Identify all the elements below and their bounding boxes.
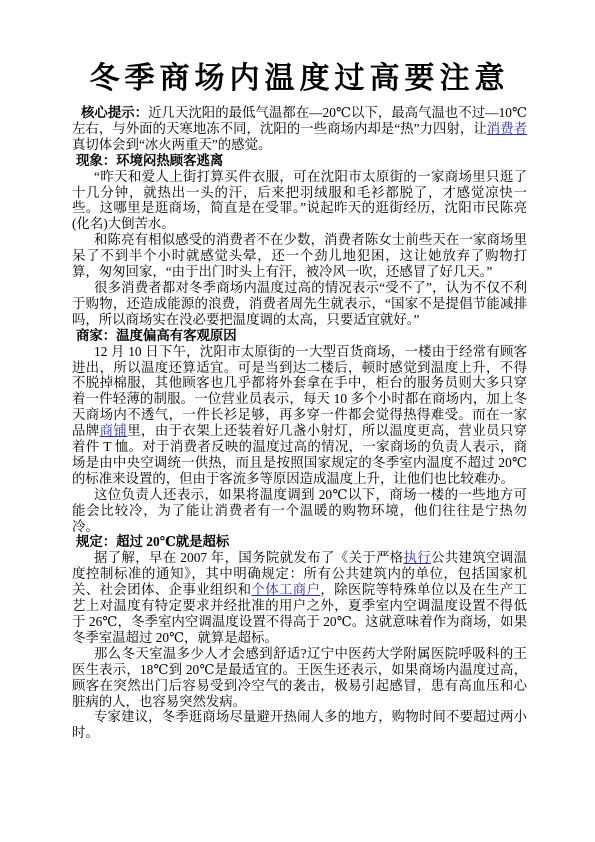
document-title: 冬季商场内温度过高要注意 xyxy=(72,60,527,98)
intro-paragraph: 核心提示：近几天沈阳的最低气温都在—20℃以下，最高气温也不过—10℃左右，与外… xyxy=(72,105,527,153)
paragraph-energy-waste: 很多消费者都对冬季商场内温度过高的情况表示“受不了”，认为不仅不利于购物，还造成… xyxy=(72,280,527,328)
consumer-link[interactable]: 消费者 xyxy=(487,121,527,136)
intro-label: 核心提示： xyxy=(81,105,148,120)
regulation-text-seg1: 据了解，早在 2007 年，国务院就发布了《关于严格 xyxy=(94,550,404,565)
individual-business-link[interactable]: 个体工商户 xyxy=(251,582,320,597)
paragraph-dizzy-shopper: 和陈亮有相似感受的消费者不在少数，消费者陈女士前些天在一家商场里呆了不到半个小时… xyxy=(72,232,527,280)
paragraph-expert-suggestion: 专家建议，冬季逛商场尽量避开热闹人多的地方，购物时间不要超过两小时。 xyxy=(72,709,527,741)
mall-visit-text-after-link: 里，由于衣架上还装着好几盏小射灯，所以温度更高，营业员只穿着件 T 恤。对于消费… xyxy=(72,423,527,486)
paragraph-regulation: 据了解，早在 2007 年，国务院就发布了《关于严格执行公共建筑空调温度控制标准… xyxy=(72,550,527,645)
intro-text-after-link: 真切体会到“冰火两重天”的感觉。 xyxy=(72,137,271,152)
section-heading-phenomenon: 现象：环境闷热顾客逃离 xyxy=(72,153,527,169)
paragraph-manager-response: 这位负责人还表示，如果将温度调到 20℃以下，商场一楼的一些地方可能会比较冷，为… xyxy=(72,487,527,535)
paragraph-mall-visit: 12 月 10 日下午，沈阳市太原街的一大型百货商场，一楼由于经常有顾客进出，所… xyxy=(72,344,527,487)
enforce-link[interactable]: 执行 xyxy=(404,550,432,565)
shop-link[interactable]: 商铺 xyxy=(100,423,128,438)
document-page: 冬季商场内温度过高要注意 核心提示：近几天沈阳的最低气温都在—20℃以下，最高气… xyxy=(0,0,595,842)
section-heading-merchant: 商家：温度偏高有客观原因 xyxy=(72,328,527,344)
section-heading-regulation: 规定：超过 20℃就是超标 xyxy=(72,534,527,550)
paragraph-doctor-advice: 那么冬天室温多少人才会感到舒适?辽宁中医药大学附属医院呼吸科的王医生表示，18℃… xyxy=(72,646,527,710)
paragraph-shopper-complaint: “昨天和爱人上街打算买件衣服，可在沈阳市太原街的一家商场里只逛了十几分钟，就热出… xyxy=(72,169,527,233)
